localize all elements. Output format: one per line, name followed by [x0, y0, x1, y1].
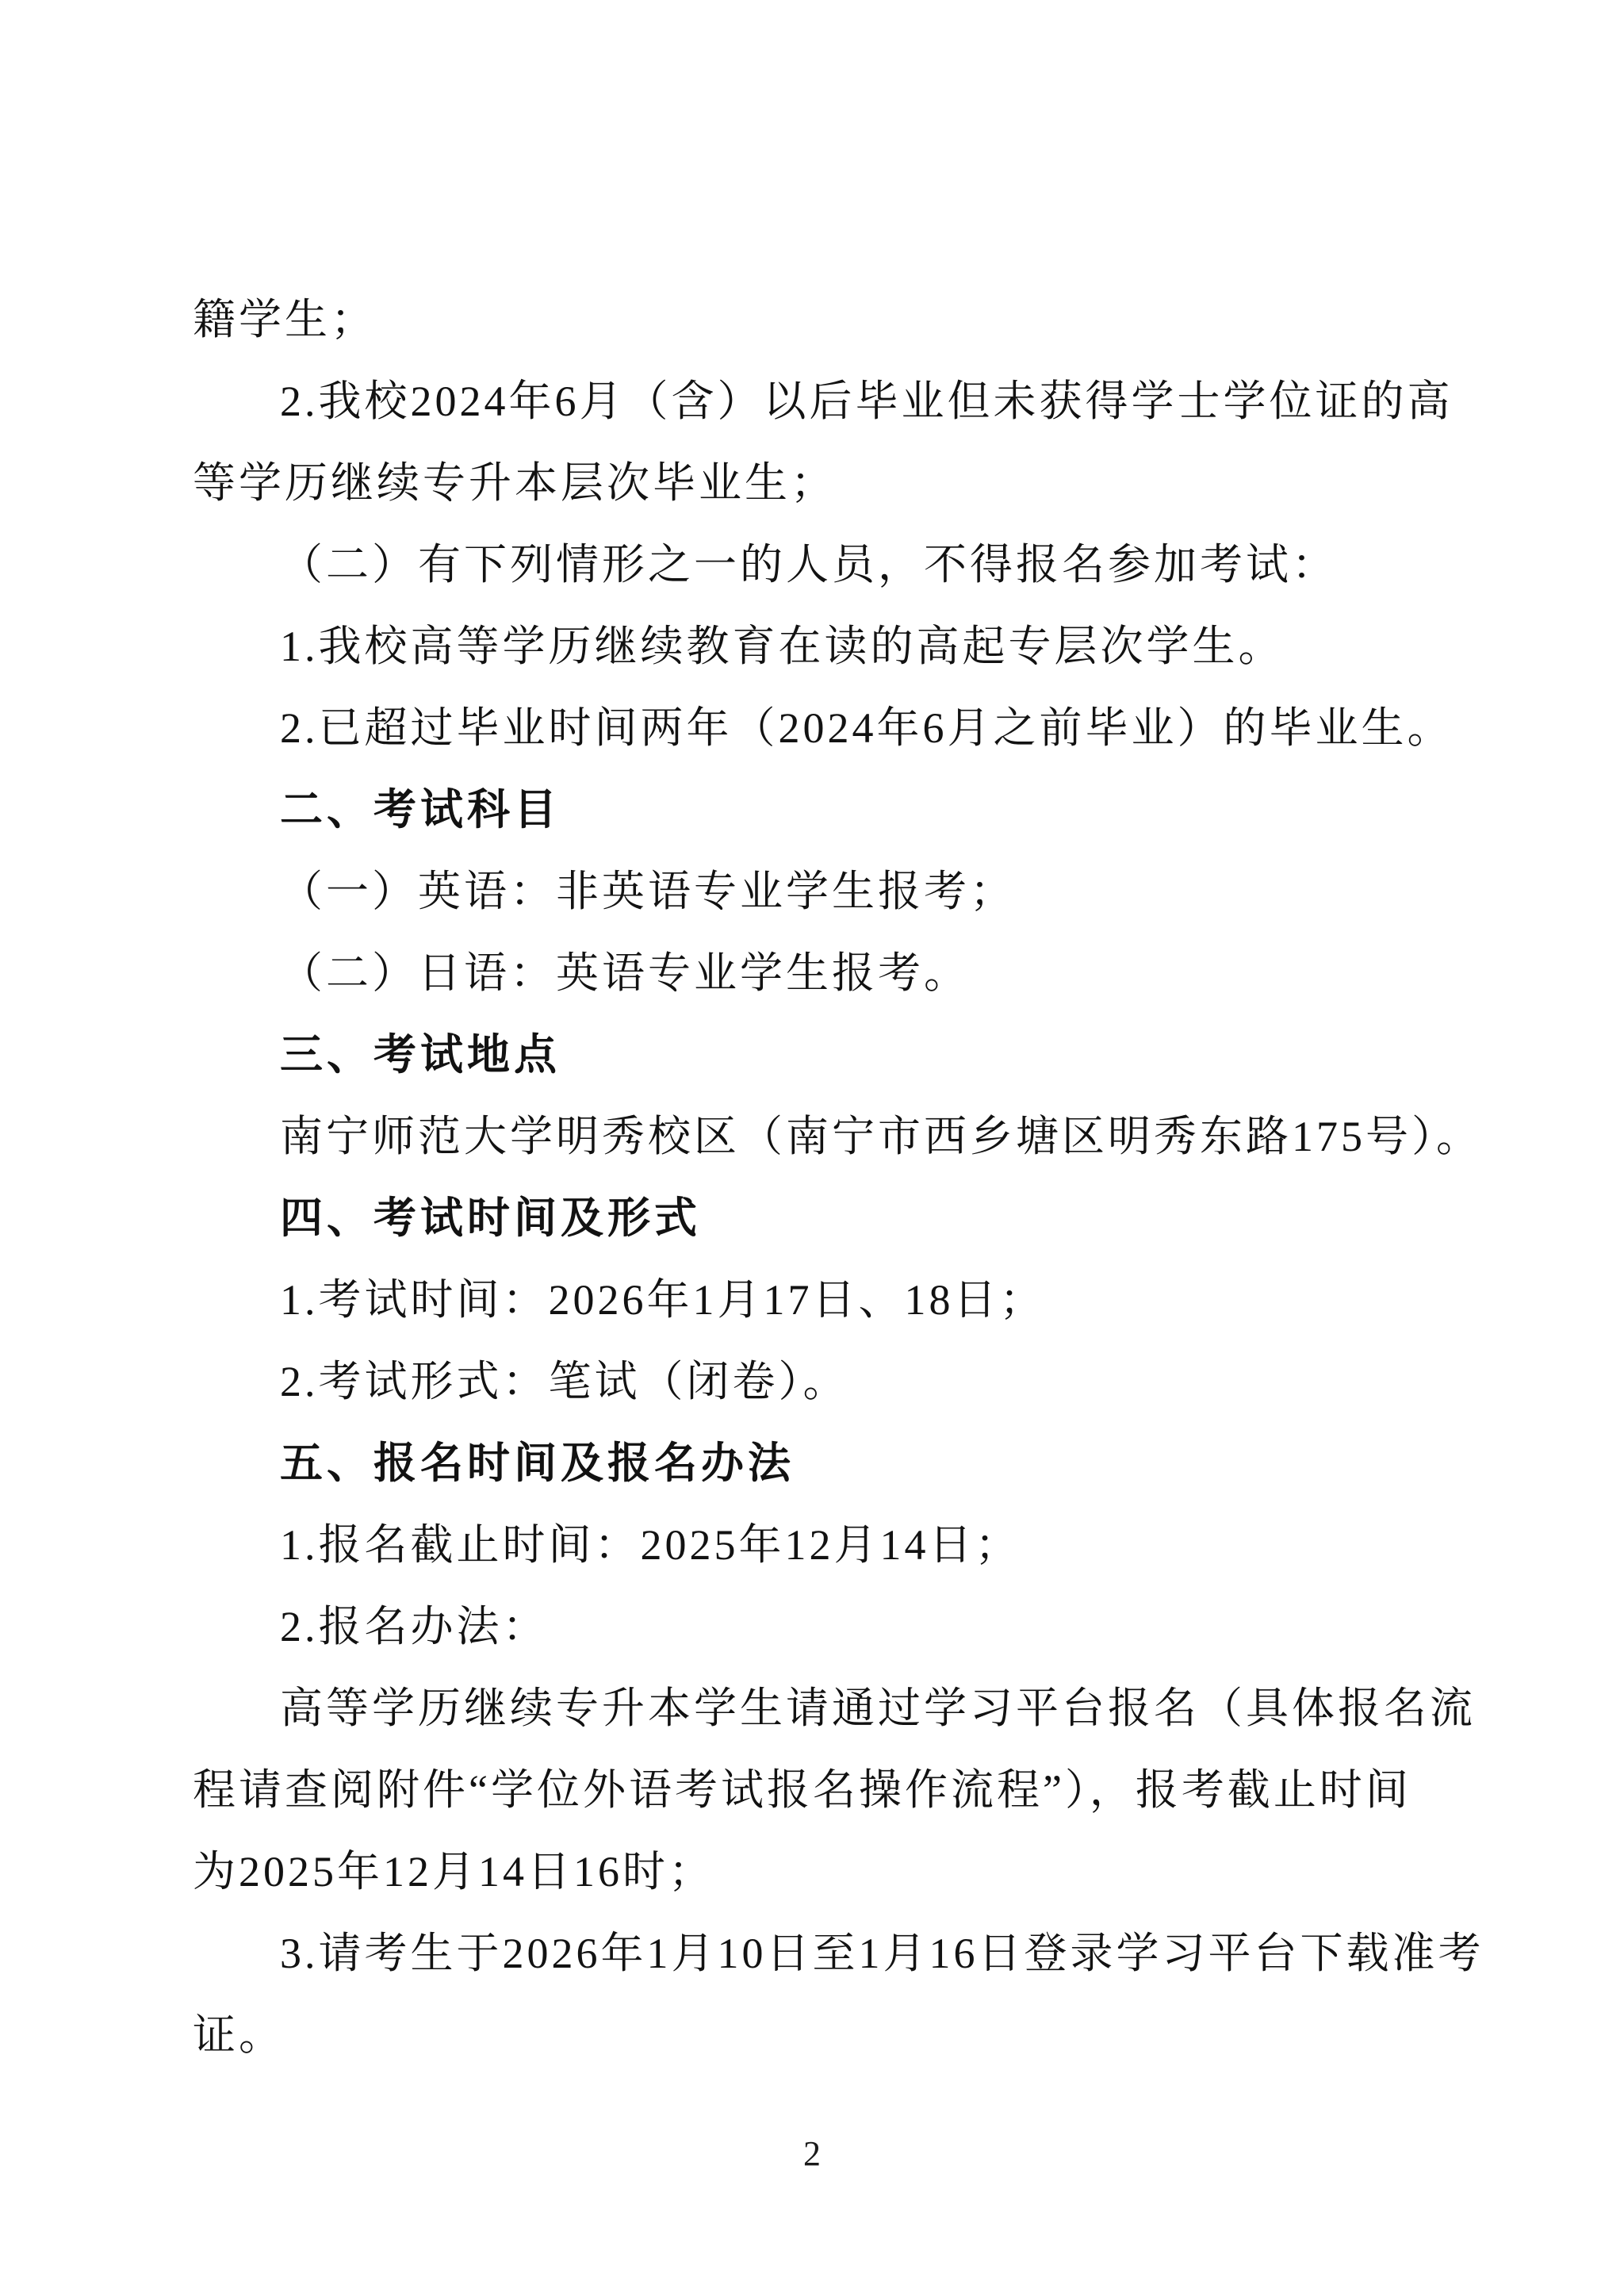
section-heading: 五、报名时间及报名办法: [193, 1423, 1438, 1504]
text-line: 高等学历继续专升本学生请通过学习平台报名（具体报名流: [193, 1668, 1438, 1750]
text-line: 证。: [193, 1995, 1438, 2076]
text-line: 籍学生；: [193, 279, 1438, 361]
page-number: 2: [0, 2130, 1624, 2178]
text-line: 1.考试时间：2026年1月17日、18日；: [193, 1259, 1438, 1341]
text-line: （二）有下列情形之一的人员，不得报名参加考试：: [193, 524, 1438, 606]
text-line: 1.报名截止时间：2025年12月14日；: [193, 1504, 1438, 1586]
text-line: 3.请考生于2026年1月10日至1月16日登录学习平台下载准考: [193, 1913, 1438, 1995]
text-line: （二）日语：英语专业学生报考。: [193, 933, 1438, 1014]
text-line: 南宁师范大学明秀校区（南宁市西乡塘区明秀东路175号）。: [193, 1096, 1438, 1178]
section-heading: 三、考试地点: [193, 1014, 1438, 1096]
text-line: 2.我校2024年6月（含）以后毕业但未获得学士学位证的高: [193, 361, 1438, 443]
text-line: 程请查阅附件“学位外语考试报名操作流程”），报考截止时间: [193, 1750, 1438, 1831]
text-line: 等学历继续专升本层次毕业生；: [193, 443, 1438, 524]
document-body: 籍学生；2.我校2024年6月（含）以后毕业但未获得学士学位证的高等学历继续专升…: [193, 279, 1438, 2076]
text-line: 为2025年12月14日16时；: [193, 1831, 1438, 1913]
text-line: 2.报名办法：: [193, 1586, 1438, 1668]
section-heading: 二、考试科目: [193, 769, 1438, 851]
text-line: 2.已超过毕业时间两年（2024年6月之前毕业）的毕业生。: [193, 688, 1438, 769]
text-line: 2.考试形式：笔试（闭卷）。: [193, 1341, 1438, 1423]
text-line: 1.我校高等学历继续教育在读的高起专层次学生。: [193, 606, 1438, 688]
section-heading: 四、考试时间及形式: [193, 1178, 1438, 1259]
document-page: 籍学生；2.我校2024年6月（含）以后毕业但未获得学士学位证的高等学历继续专升…: [0, 0, 1624, 2296]
text-line: （一）英语：非英语专业学生报考；: [193, 851, 1438, 933]
